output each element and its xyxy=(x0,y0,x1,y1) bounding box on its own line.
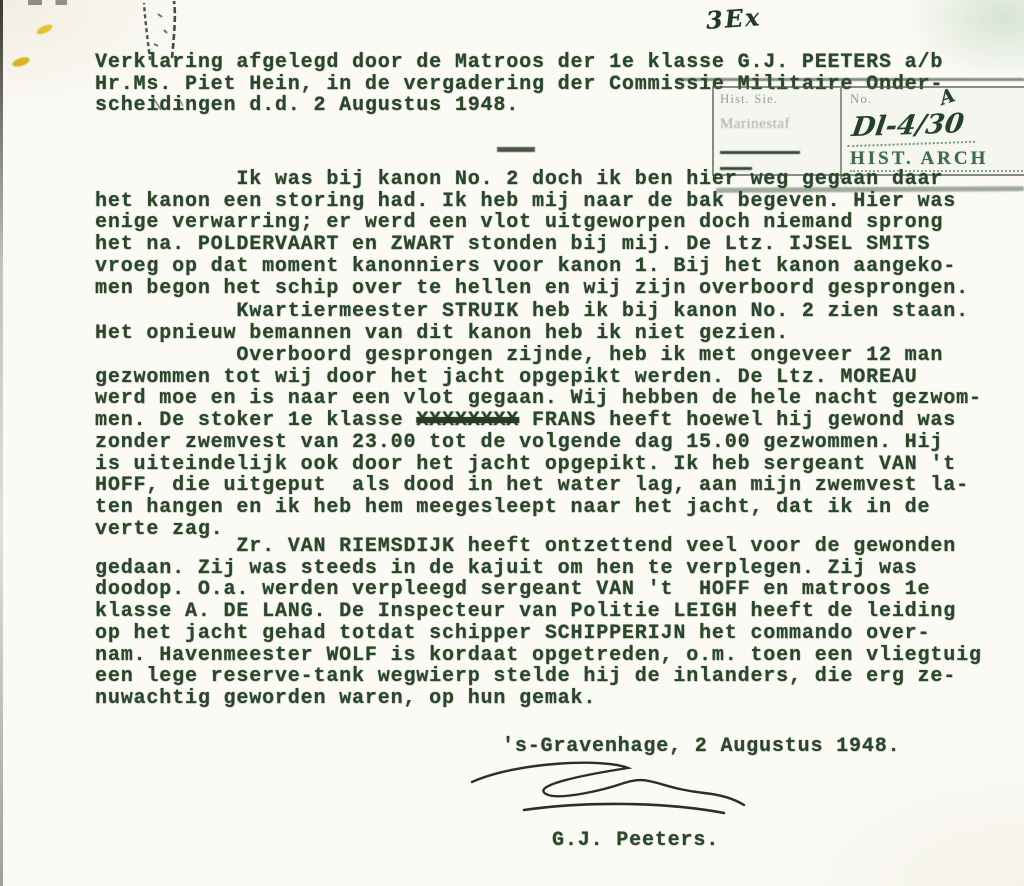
text-line: Kwartiermeester STRUIK heb ik bij kanon … xyxy=(95,301,969,323)
text-line: Het opnieuw bemannen van dit kanon heb i… xyxy=(95,323,969,345)
text-line: is uiteindelijk ook door het jacht opgep… xyxy=(95,454,982,476)
ink-rule-artifact xyxy=(677,78,1024,81)
closing-place-date: 's-Gravenhage, 2 Augustus 1948. xyxy=(502,736,900,758)
signature-name: G.J. Peeters. xyxy=(552,830,719,852)
text-line: gedaan. Zij was steeds in de kajuit om h… xyxy=(95,558,982,580)
paragraph-3: Overboord gesprongen zijnde, heb ik met … xyxy=(95,345,982,540)
text-line: gezwommen tot wij door het jacht opgepik… xyxy=(95,367,982,389)
text-line: Verklaring afgelegd door de Matroos der … xyxy=(95,52,943,74)
stamp-right-cell: No. Dl-4/30 HIST. ARCH xyxy=(842,88,1024,179)
scanned-document-page: 3Ex A Verklaring afgelegd door de Matroo… xyxy=(0,0,1024,886)
scan-edge-artifact xyxy=(0,0,3,886)
text-line: nam. Havenmeester WOLF is kordaat opgetr… xyxy=(95,645,982,667)
text-line: zonder zwemvest van 23.00 tot de volgend… xyxy=(95,432,982,454)
text-line: op het jacht gehad totdat schipper SCHIP… xyxy=(95,623,982,645)
text-line: men. De stoker 1e klasse XXXXXXXX FRANS … xyxy=(95,410,982,432)
paragraph-1: Ik was bij kanon No. 2 doch ik ben hier … xyxy=(95,169,969,299)
text-line: Ik was bij kanon No. 2 doch ik ben hier … xyxy=(95,169,969,191)
text-line: nuwachtig geworden waren, op hun gemak. xyxy=(95,688,982,710)
text-line: doodop. O.a. werden verpleegd sergeant V… xyxy=(95,579,982,601)
text-line: het kanon een storing had. Ik heb mij na… xyxy=(95,191,969,213)
handwritten-signature xyxy=(452,756,782,828)
separator-dash xyxy=(497,147,535,152)
stamp-left-cell: Hist. Sie. Marinestaf ————— —— xyxy=(714,88,842,179)
stamp-number-label: No. xyxy=(850,91,872,106)
text-line: het na. POLDERVAART en ZWART stonden bij… xyxy=(95,234,969,256)
stamp-office-label: Marinestaf xyxy=(720,116,834,133)
text-line: enige verwarring; er werd een vlot uitge… xyxy=(95,212,969,234)
archive-registry-stamp: Hist. Sie. Marinestaf ————— —— No. Dl-4/… xyxy=(712,86,1024,176)
text-line: HOFF, die uitgeput als dood in het water… xyxy=(95,475,982,497)
paper-stain xyxy=(35,23,53,37)
text-line: ten hangen en ik heb hem meegesleept naa… xyxy=(95,497,982,519)
paragraph-4: Zr. VAN RIEMSDIJK heeft ontzettend veel … xyxy=(95,536,982,710)
paper-stain xyxy=(11,55,31,68)
text-line: Overboord gesprongen zijnde, heb ik met … xyxy=(95,345,982,367)
handwritten-copy-mark: 3Ex xyxy=(705,2,762,35)
handwritten-archive-reference: Dl-4/30 xyxy=(847,108,980,147)
text-line: een lege reserve-tank wegwierp stelde hi… xyxy=(95,666,982,688)
text-line: vroeg op dat moment kanonniers voor kano… xyxy=(95,256,969,278)
text-line: werd moe en is naar een vlot gegaan. Wij… xyxy=(95,388,982,410)
paragraph-2: Kwartiermeester STRUIK heb ik bij kanon … xyxy=(95,301,969,344)
stamp-section-label: Hist. Sie. xyxy=(720,91,778,106)
scan-edge-artifact xyxy=(28,0,78,5)
text-line: klasse A. DE LANG. De Inspecteur van Pol… xyxy=(95,601,982,623)
text-line: Zr. VAN RIEMSDIJK heeft ontzettend veel … xyxy=(95,536,982,558)
text-line: men begon het schip over te hellen en wi… xyxy=(95,278,969,300)
